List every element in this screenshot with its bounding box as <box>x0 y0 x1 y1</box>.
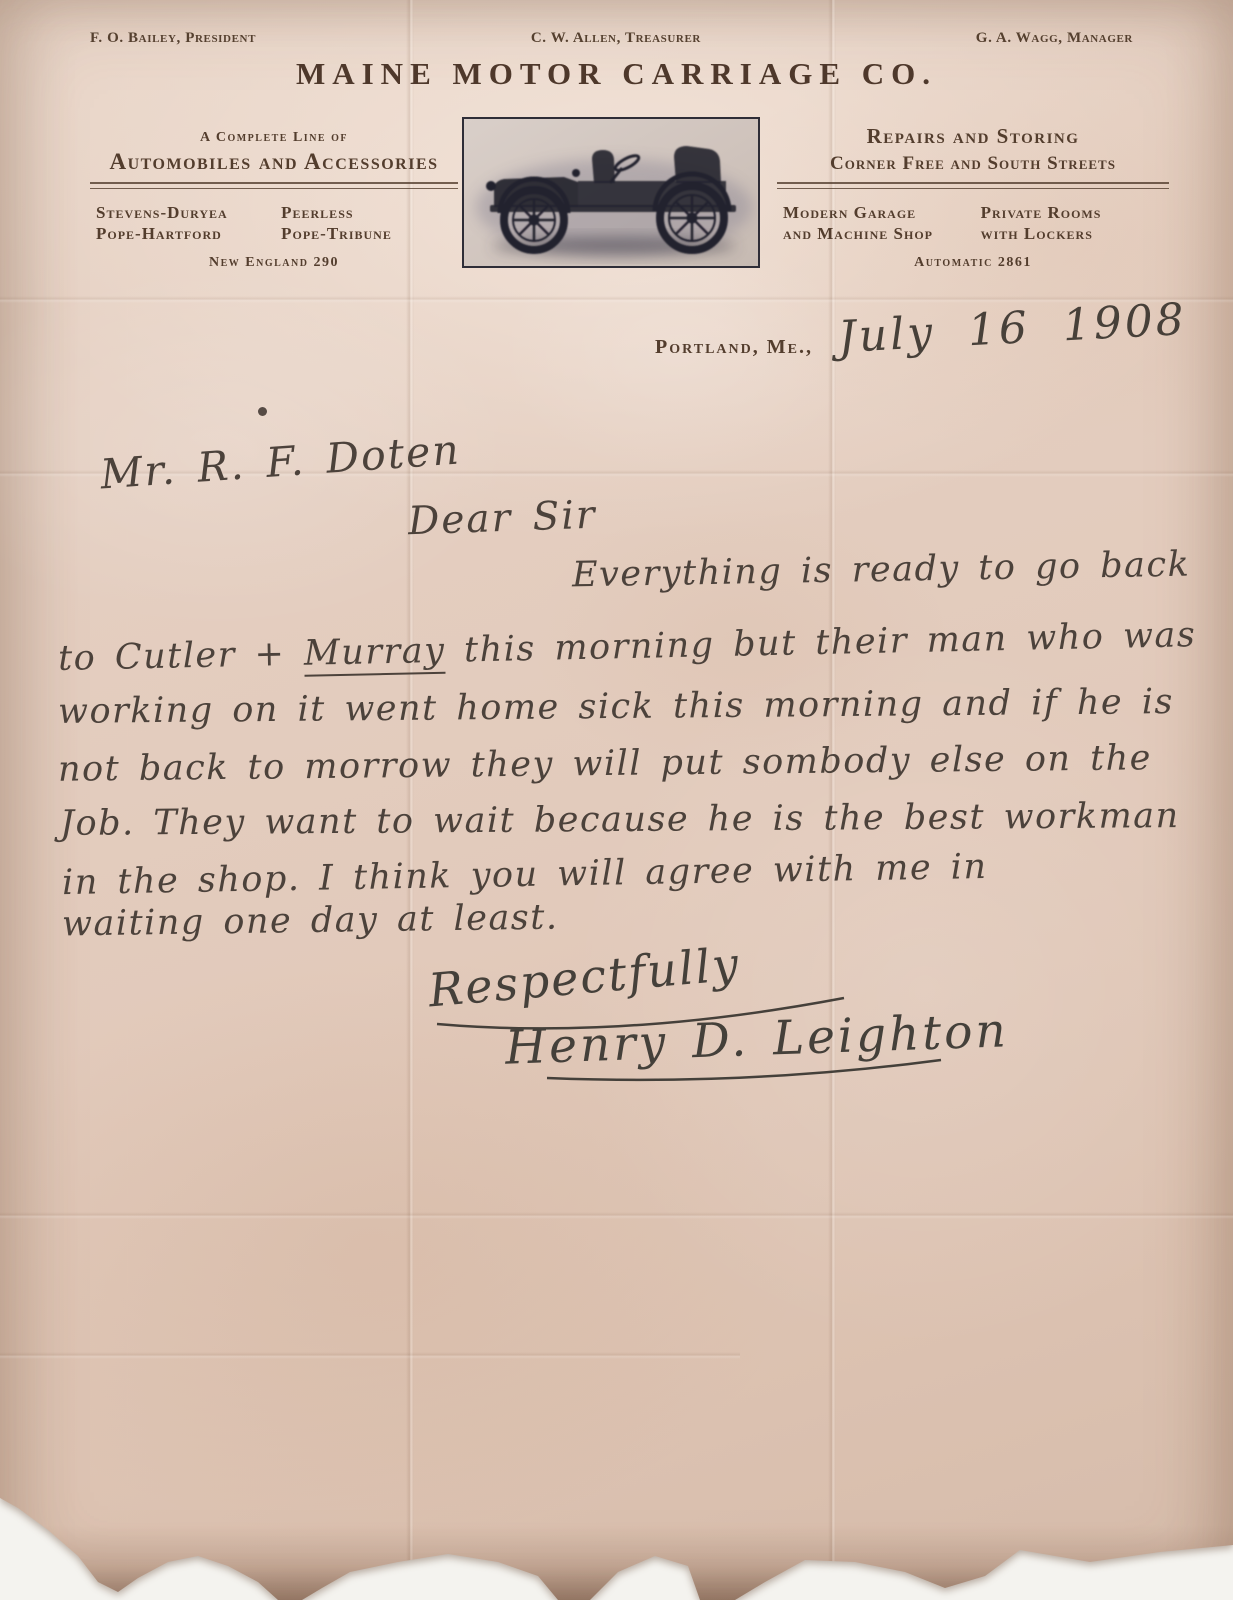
service-row-2: and Machine Shop with Lockers <box>775 223 1171 244</box>
double-rule-left <box>90 182 458 189</box>
company-name: MAINE MOTOR CARRIAGE CO. <box>0 56 1233 92</box>
tagline-small: A Complete Line of <box>88 130 460 146</box>
officer-treasurer: C. W. Allen, Treasurer <box>531 30 701 47</box>
body-line-2-pre: to Cutler + <box>58 634 305 679</box>
body-line-2-post: this morning but their man who was <box>445 615 1197 671</box>
body-line-3: working on it went home sick this mornin… <box>58 682 1174 732</box>
service-modern-garage: Modern Garage <box>783 202 965 223</box>
brand-row-1: Stevens-Duryea Peerless <box>88 202 460 223</box>
tagline-large: Automobiles and Accessories <box>88 149 460 175</box>
letter-paper: F. O. Bailey, President C. W. Allen, Tre… <box>0 0 1233 1600</box>
officer-manager: G. A. Wagg, Manager <box>976 30 1133 47</box>
service-machine-shop: and Machine Shop <box>783 223 965 244</box>
handwritten-date: July 16 1908 <box>837 294 1188 363</box>
brand-peerless: Peerless <box>281 202 452 223</box>
letterhead-left-block: A Complete Line of Automobiles and Acces… <box>88 130 460 271</box>
torn-edge-shadow <box>0 1525 1233 1600</box>
address-line: Corner Free and South Streets <box>775 153 1171 175</box>
body-line-7: waiting one day at least. <box>62 898 559 945</box>
crease-horizontal-4 <box>0 1352 740 1359</box>
service-private-rooms: Private Rooms <box>981 202 1163 223</box>
dateline-city: Portland, Me., <box>655 336 813 359</box>
car-illustration <box>462 117 760 268</box>
body-line-2: to Cutler + Murray this morning but thei… <box>58 615 1197 679</box>
body-line-1: Everything is ready to go back <box>572 545 1191 596</box>
body-line-2-underlined: Murray <box>304 631 446 677</box>
body-line-6: in the shop. I think you will agree with… <box>62 847 988 903</box>
ink-speck <box>258 407 267 416</box>
officer-president: F. O. Bailey, President <box>90 30 256 47</box>
recipient-line: Mr. R. F. Doten <box>99 425 462 498</box>
closing-line: Respectfully <box>426 936 742 1017</box>
salutation-line: Dear Sir <box>407 493 597 545</box>
touring-car-icon <box>464 119 757 265</box>
brand-pope-hartford: Pope-Hartford <box>96 223 267 244</box>
letterhead-right-block: Repairs and Storing Corner Free and Sout… <box>775 124 1171 271</box>
body-line-5: Job. They want to wait because he is the… <box>60 796 1180 844</box>
crease-horizontal-3 <box>0 1212 1233 1219</box>
service-row-1: Modern Garage Private Rooms <box>775 202 1171 223</box>
brand-row-2: Pope-Hartford Pope-Tribune <box>88 223 460 244</box>
brand-pope-tribune: Pope-Tribune <box>281 223 452 244</box>
double-rule-right <box>777 182 1169 189</box>
paper-shadow-wrap: F. O. Bailey, President C. W. Allen, Tre… <box>0 0 1233 1600</box>
scanned-letter-page: F. O. Bailey, President C. W. Allen, Tre… <box>0 0 1233 1600</box>
signature-line: Henry D. Leighton <box>504 1003 1009 1076</box>
body-line-4: not back to morrow they will put sombody… <box>58 738 1152 789</box>
phone-new-england: New England 290 <box>88 255 460 271</box>
service-with-lockers: with Lockers <box>981 223 1163 244</box>
phone-automatic: Automatic 2861 <box>775 255 1171 271</box>
repairs-line: Repairs and Storing <box>775 124 1171 149</box>
officers-row: F. O. Bailey, President C. W. Allen, Tre… <box>90 30 1133 47</box>
brand-stevens-duryea: Stevens-Duryea <box>96 202 267 223</box>
